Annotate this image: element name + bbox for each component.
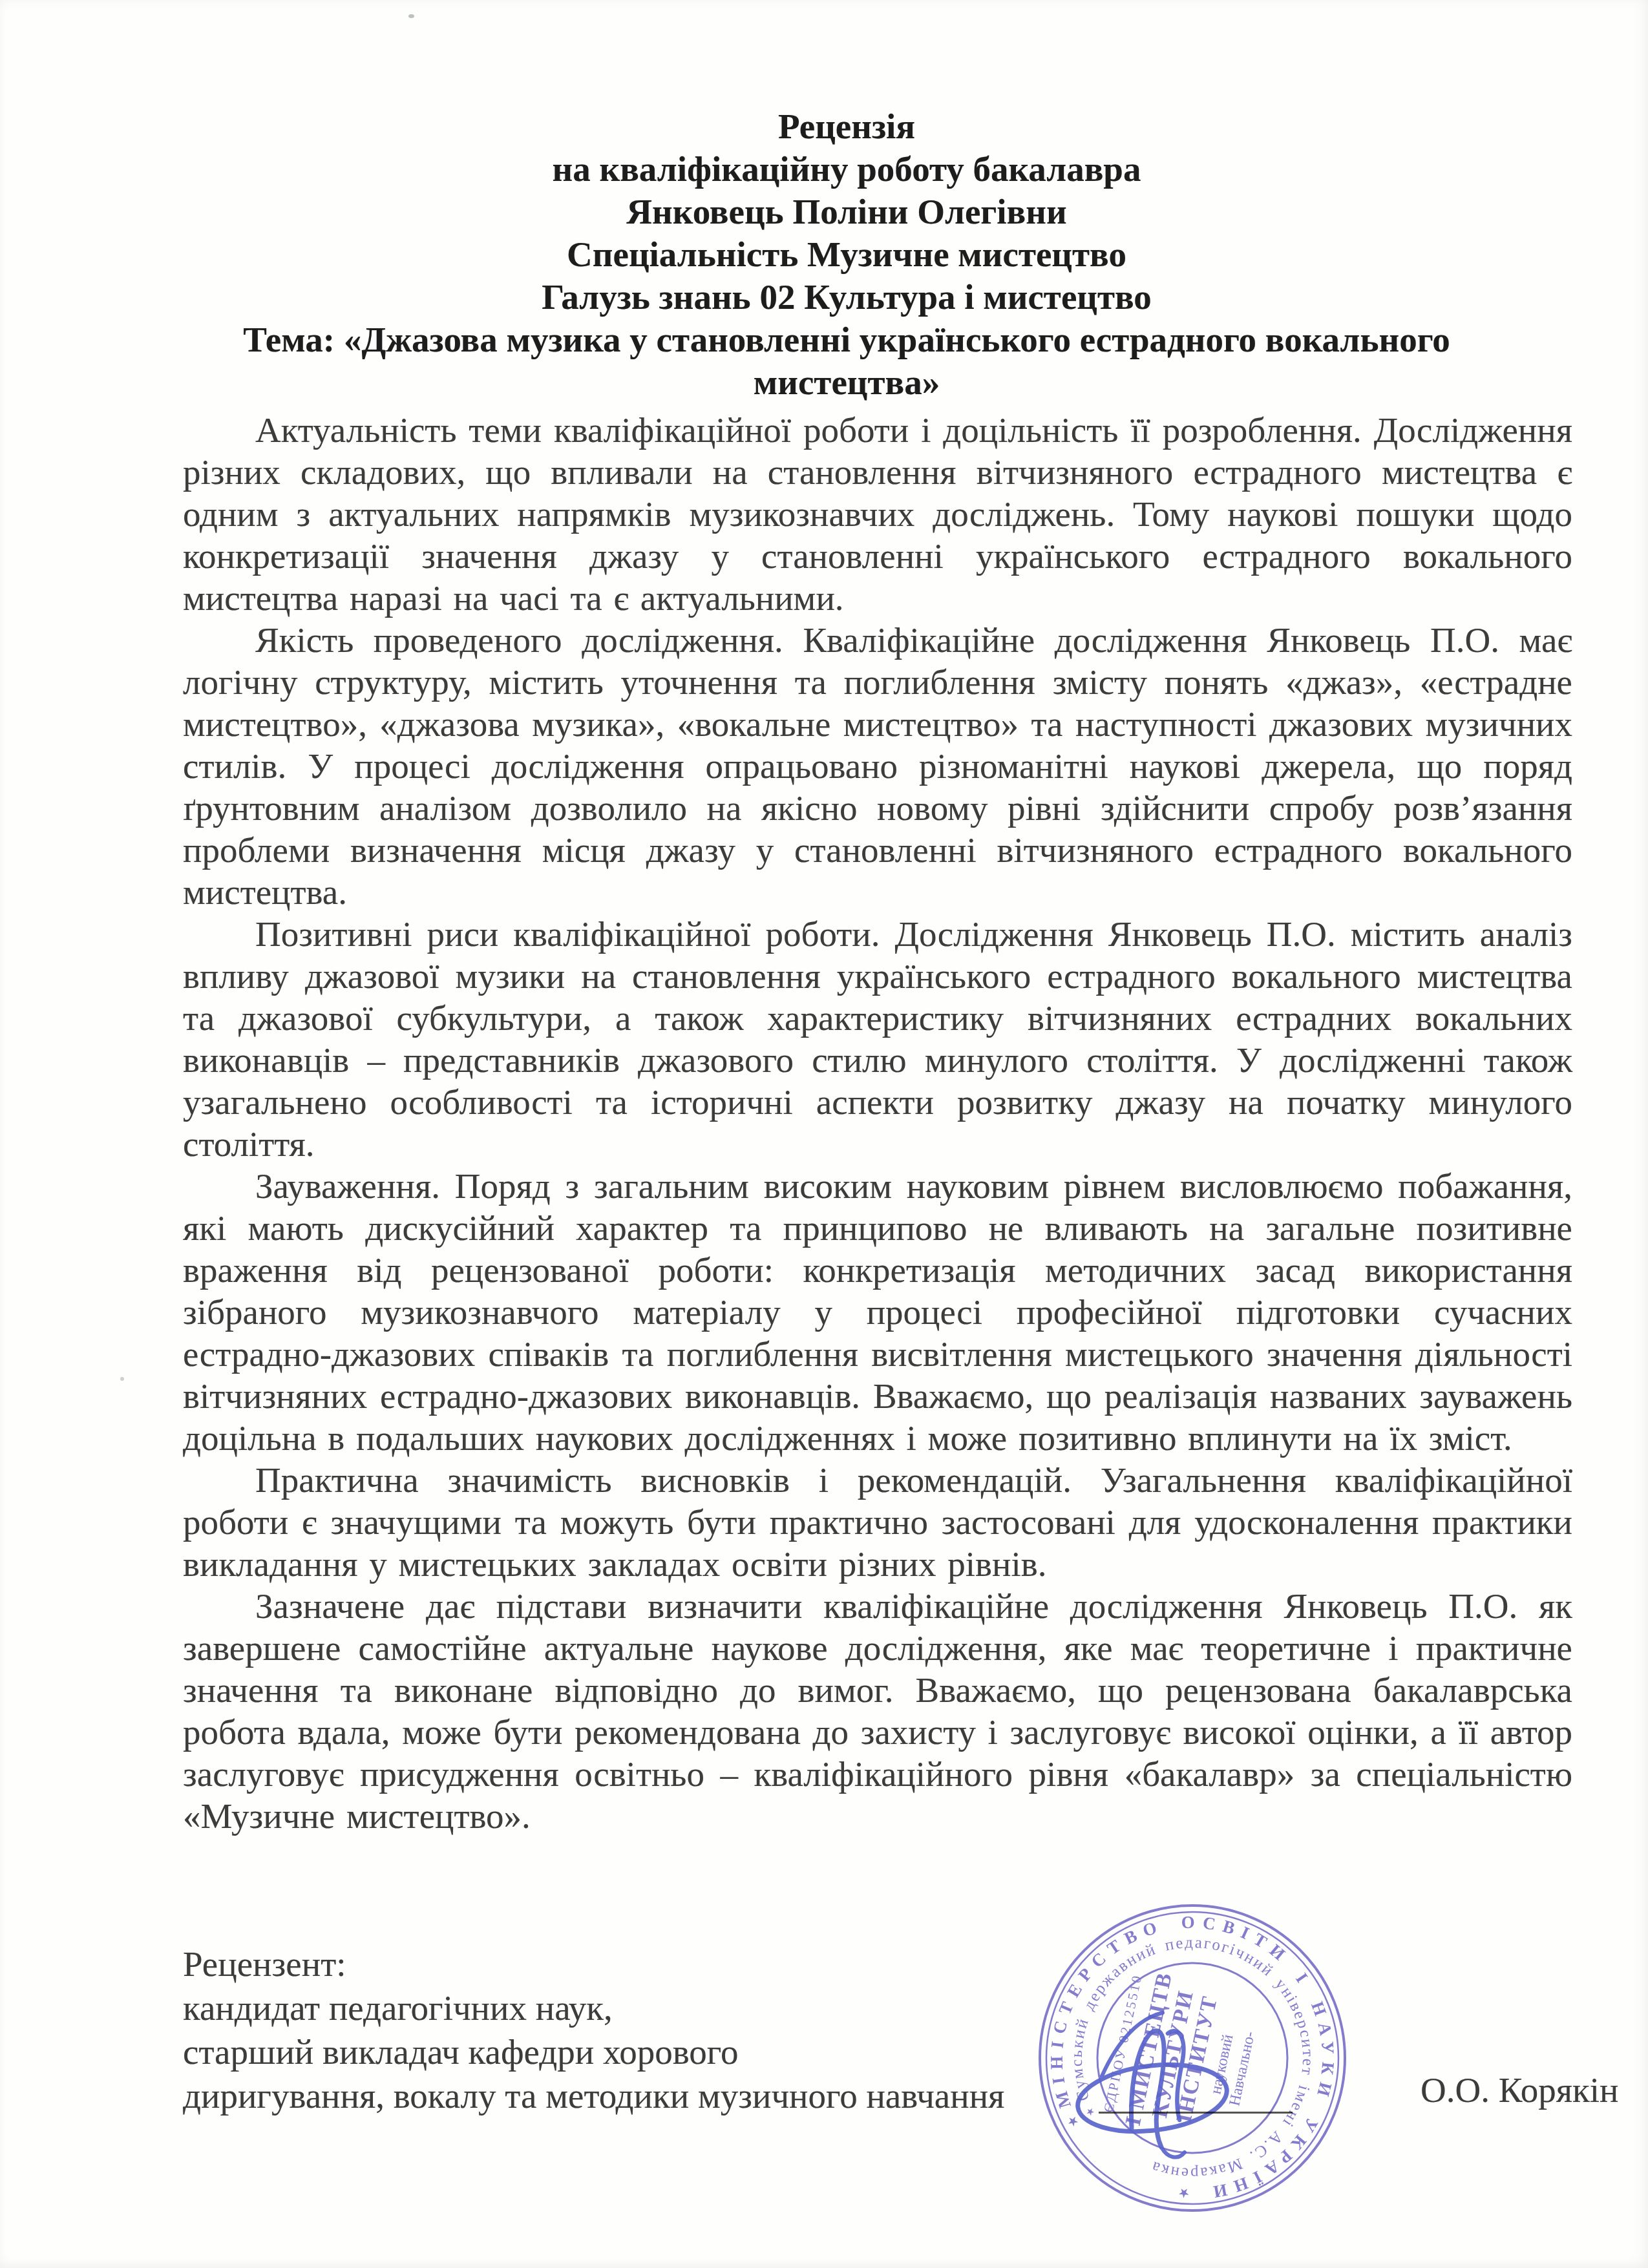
title-line-recenzia: Рецензія: [129, 105, 1564, 148]
reviewer-name: О.О. Корякін: [1421, 2070, 1618, 2110]
title-line-theme-1: Тема: «Джазова музика у становленні укра…: [129, 319, 1564, 361]
paragraph-quality: Якість проведеного дослідження. Кваліфік…: [183, 619, 1572, 913]
scan-artifact: [120, 1377, 124, 1381]
document-title-block: Рецензія на кваліфікаційну роботу бакала…: [129, 105, 1564, 404]
paragraph-conclusion: Зазначене дає підстави визначити кваліфі…: [183, 1585, 1572, 1837]
title-line-theme-2: мистецтва»: [129, 361, 1564, 404]
title-line-speciality: Спеціальність Музичне мистецтво: [129, 233, 1564, 276]
scan-artifact: [408, 14, 414, 18]
paragraph-practical-value: Практична значимість висновків і рекомен…: [183, 1459, 1572, 1585]
round-stamp: ٭ МІНІСТЕРСТВО ОСВІТИ І НАУКИ УКРАЇНИ ٭ …: [1005, 1871, 1393, 2258]
paragraph-positives: Позитивні риси кваліфікаційної роботи. Д…: [183, 913, 1572, 1165]
title-line-author: Янковець Поліни Олегівни: [129, 191, 1564, 233]
paragraph-actuality: Актуальність теми кваліфікаційної роботи…: [183, 409, 1572, 619]
title-line-field: Галузь знань 02 Культура і мистецтво: [129, 276, 1564, 319]
paragraph-remarks: Зауваження. Поряд з загальним високим на…: [183, 1165, 1572, 1459]
review-body: Актуальність теми кваліфікаційної роботи…: [183, 409, 1572, 1837]
scanned-review-page: Рецензія на кваліфікаційну роботу бакала…: [0, 0, 1648, 2268]
title-line-work-type: на кваліфікаційну роботу бакалавра: [129, 148, 1564, 191]
